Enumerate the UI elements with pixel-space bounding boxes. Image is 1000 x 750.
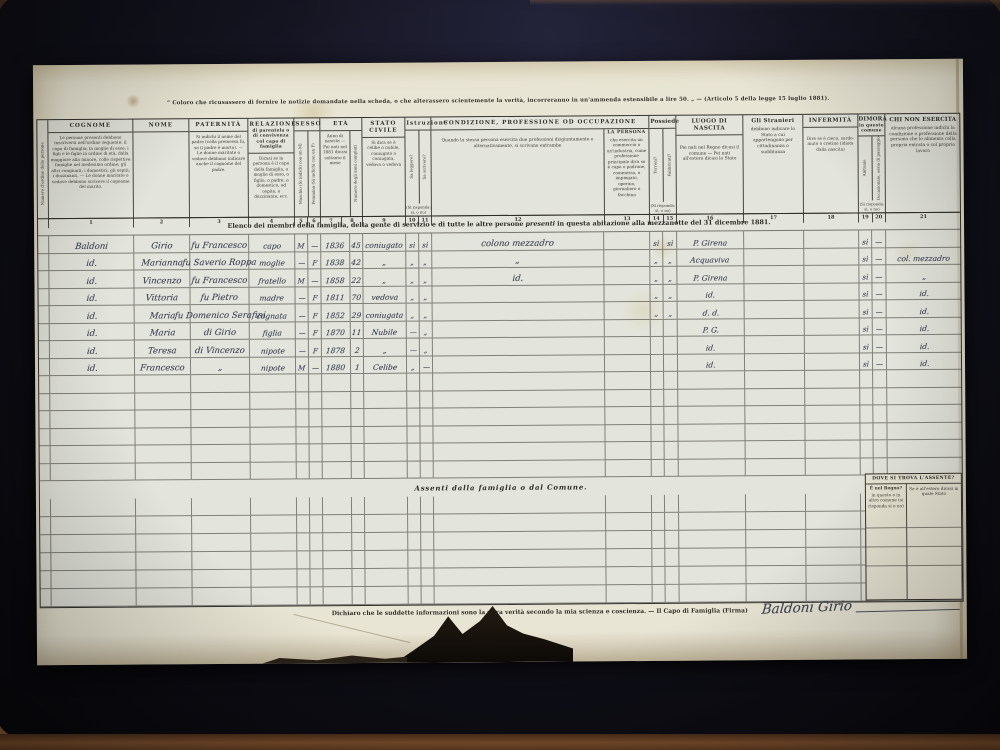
handwritten-entry: 2 xyxy=(354,345,360,354)
cell-paternita xyxy=(192,445,251,463)
cell-leg: „ xyxy=(407,304,420,322)
handwritten-entry: Maria xyxy=(149,311,176,321)
cell-scr xyxy=(420,426,433,444)
cell-f: F xyxy=(309,322,322,340)
cell-abit xyxy=(860,370,873,388)
cell-n xyxy=(39,411,50,429)
handwritten-entry: — xyxy=(875,290,883,298)
cell-cond xyxy=(433,407,605,426)
cell-fabb xyxy=(664,354,678,372)
handwritten-entry: vedova xyxy=(371,293,399,302)
cell-paternita xyxy=(191,410,250,428)
cell-n xyxy=(39,394,50,412)
paper-edge-tear xyxy=(262,653,407,664)
handwritten-entry: 1880 xyxy=(326,363,346,372)
cell-abit: sì xyxy=(859,283,872,301)
cell-inf xyxy=(806,565,861,583)
dimora-subtitle: in questo comune xyxy=(858,123,884,134)
census-table: Numero d'ordine delle persone COGNOME Le… xyxy=(36,113,963,608)
cell-f xyxy=(309,427,322,445)
col-header-stato-civile: STATO CIVILE Si dica se è celibe o nubil… xyxy=(362,118,406,226)
cell-relazione: capo xyxy=(249,234,295,252)
cell-luogo: id. xyxy=(678,336,745,354)
cell-n xyxy=(39,376,50,394)
cell-cognome xyxy=(51,553,136,572)
handwritten-entry: id. xyxy=(85,276,97,286)
cell-paternita xyxy=(192,570,251,588)
handwritten-entry: — xyxy=(875,325,883,333)
cell-cognome: id. xyxy=(49,271,134,289)
cell-chi xyxy=(886,230,961,248)
cell-anno xyxy=(323,444,352,462)
cell-persona xyxy=(604,232,650,250)
cell-occ xyxy=(873,370,887,388)
handwritten-entry: id. xyxy=(919,342,929,351)
cell-m: — xyxy=(296,304,309,322)
cell-anni xyxy=(351,426,364,444)
cell-stran xyxy=(745,371,805,389)
cell-anno xyxy=(322,427,351,445)
cell-scr: „ xyxy=(419,268,432,286)
handwritten-entry: „ xyxy=(424,346,428,354)
cell-nome xyxy=(136,552,192,570)
cell-leg xyxy=(408,461,421,479)
cell-fabb xyxy=(665,531,679,549)
handwritten-entry: 1811 xyxy=(326,293,346,302)
cell-inf xyxy=(805,335,860,353)
cell-occ: — xyxy=(873,353,887,371)
table-header: Numero d'ordine delle persone COGNOME Le… xyxy=(37,114,960,219)
handwritten-entry: Girio xyxy=(150,241,172,251)
cell-stato: coniugata xyxy=(364,304,407,322)
handwritten-entry: id. xyxy=(86,294,98,304)
cell-anni: 11 xyxy=(351,321,364,339)
handwritten-entry: sì xyxy=(862,325,869,333)
handwritten-entry: „ xyxy=(423,259,427,267)
cell-luogo: P. G. xyxy=(678,319,745,337)
handwritten-entry: capo xyxy=(262,241,281,250)
cell-stato: Celibe xyxy=(364,356,407,374)
cell-occ: — xyxy=(872,265,886,283)
cell-leg xyxy=(407,409,420,427)
handwritten-entry: sì xyxy=(862,308,869,316)
cell-luogo xyxy=(678,371,745,389)
handwritten-entry: Acquaviva xyxy=(690,255,730,264)
cell-luogo xyxy=(679,566,746,584)
handwritten-entry: „ xyxy=(654,274,658,282)
cell-m xyxy=(297,551,310,569)
cell-scr xyxy=(421,514,434,532)
handwritten-entry: fu Francesco xyxy=(191,240,248,250)
cell-chi xyxy=(887,422,962,440)
cell-persona xyxy=(605,407,651,425)
handwritten-entry: sì xyxy=(863,360,870,368)
cell-paternita xyxy=(192,498,251,516)
handwritten-entry: „ xyxy=(383,345,388,354)
cell-relazione: nipote xyxy=(250,357,296,375)
cell-stato: Nubile xyxy=(364,321,407,339)
cell-n xyxy=(38,236,49,254)
cell-nome: Girio xyxy=(134,235,190,253)
handwritten-entry: fu Saverio Roppa xyxy=(182,258,257,269)
handwritten-entry: Baldoni xyxy=(74,241,108,251)
cell-cond xyxy=(433,337,605,356)
cell-paternita: fu Saverio Roppa xyxy=(190,252,249,270)
cell-n xyxy=(40,553,51,571)
cell-anni xyxy=(352,497,365,515)
cell-cognome xyxy=(51,446,136,464)
cell-anno xyxy=(323,462,352,480)
cell-anni: 22 xyxy=(350,269,363,287)
handwritten-entry: — xyxy=(875,238,883,246)
cell-persona xyxy=(606,495,652,513)
cell-fabb: „ xyxy=(664,302,678,320)
cell-relazione xyxy=(252,587,298,605)
cell-inf xyxy=(805,423,860,441)
cell-stato xyxy=(364,374,407,392)
handwritten-entry: sì xyxy=(666,239,673,247)
handwritten-entry: Maria xyxy=(149,328,176,338)
handwritten-entry: „ xyxy=(423,294,427,302)
handwritten-entry: coniugato xyxy=(365,240,403,249)
cell-persona xyxy=(604,284,650,302)
cell-nome xyxy=(137,588,193,606)
handwritten-entry: figlia xyxy=(262,329,282,338)
cell-terr: „ xyxy=(650,284,663,302)
absent-location-box: DOVE SI TROVA L'ASSENTE? È nel Regno? in… xyxy=(865,473,963,601)
cell-chi xyxy=(887,370,962,388)
cell-anno: 1870 xyxy=(322,322,351,340)
cell-abit: sì xyxy=(859,265,872,283)
absent-box-title: DOVE SI TROVA L'ASSENTE? xyxy=(866,474,961,485)
cell-occ: — xyxy=(873,318,887,336)
handwritten-entry: — xyxy=(409,346,417,354)
cell-scr: „ xyxy=(420,321,433,339)
cell-n xyxy=(40,446,51,464)
cell-relazione xyxy=(251,533,297,551)
cell-anno xyxy=(323,551,352,569)
handwritten-entry: 1870 xyxy=(326,328,346,337)
cell-stato: vedova xyxy=(363,286,406,304)
cell-stran xyxy=(744,248,804,266)
handwritten-entry: — xyxy=(409,329,417,337)
cell-n xyxy=(40,499,51,517)
cell-cond xyxy=(433,425,605,444)
handwritten-entry: Marianna xyxy=(140,258,183,268)
absent-box-right-label: Se è all'estero dicasi in quale Stato xyxy=(907,484,961,528)
cell-leg xyxy=(407,391,420,409)
cell-m: — xyxy=(296,339,309,357)
cell-inf xyxy=(805,318,860,336)
cell-stran xyxy=(744,266,804,284)
cell-anni xyxy=(351,409,364,427)
cell-stato: „ xyxy=(364,339,407,357)
cell-abit: sì xyxy=(859,248,872,266)
absent-box-left-label: È nel Regno? in questo o in altro comune… xyxy=(866,484,906,528)
cell-paternita: fu Domenico Serafini xyxy=(191,305,250,323)
cell-f: F xyxy=(309,339,322,357)
cell-abit xyxy=(861,440,874,458)
cell-inf xyxy=(806,493,861,511)
cell-n xyxy=(38,289,49,307)
cell-cond xyxy=(434,549,606,568)
handwritten-entry: 29 xyxy=(351,310,361,319)
handwritten-entry: — xyxy=(876,360,884,368)
cell-nome: Francesco xyxy=(135,358,191,376)
col-header-condizione: CONDIZIONE, PROFESSIONE OD OCCUPAZIONE Q… xyxy=(431,116,650,225)
cell-scr xyxy=(420,408,433,426)
handwritten-entry: 1852 xyxy=(326,311,346,320)
cell-cognome: id. xyxy=(50,306,135,324)
handwritten-entry: „ xyxy=(668,274,672,282)
sesso-f-label: Femmina (Si indichi con un F) xyxy=(312,143,317,204)
cell-nome: Vittoria xyxy=(134,288,190,306)
handwritten-entry: sì xyxy=(862,273,869,281)
cell-f xyxy=(309,392,322,410)
cell-stato: coniugato xyxy=(363,234,406,252)
cell-paternita xyxy=(191,375,250,393)
cell-stato: „ xyxy=(363,269,406,287)
handwritten-entry: „ xyxy=(217,363,222,373)
cell-paternita xyxy=(191,392,250,410)
cell-cognome xyxy=(51,463,136,481)
cell-relazione xyxy=(251,515,297,533)
cell-fabb xyxy=(665,495,679,513)
cell-anni xyxy=(352,533,365,551)
handwritten-entry: P. Girena xyxy=(693,238,728,247)
cell-persona xyxy=(604,249,650,267)
cell-inf xyxy=(804,248,859,266)
photo-of-census-sheet: { "legal_note": "“ Coloro che ricusasser… xyxy=(0,0,1000,750)
cell-anno xyxy=(323,515,352,533)
cell-persona xyxy=(605,302,651,320)
cell-paternita: di Vincenzo xyxy=(191,340,250,358)
handwritten-entry: sì xyxy=(409,241,416,249)
cell-cond xyxy=(433,390,605,409)
cell-leg xyxy=(408,444,421,462)
cell-fabb xyxy=(665,567,679,585)
cell-relazione xyxy=(250,409,296,427)
cell-nome: Vincenzo xyxy=(134,270,190,288)
handwritten-entry: 1836 xyxy=(325,241,345,250)
cell-inf xyxy=(805,370,860,388)
cell-anni xyxy=(352,444,365,462)
handwritten-entry: Francesco xyxy=(140,363,186,373)
cell-nome xyxy=(135,375,191,393)
handwritten-entry: 1 xyxy=(354,363,360,372)
col-header-dimora: DIMORA in questo comune Abituale Occasio… xyxy=(858,114,886,222)
cell-terr xyxy=(651,424,664,442)
cell-stran xyxy=(745,301,805,319)
cell-persona xyxy=(605,319,651,337)
eta-anno-desc: Anno di nascita — Pei nati nel 1881 dica… xyxy=(320,131,350,216)
handwritten-entry: Teresa xyxy=(148,346,178,356)
terreni-label: Terreni? xyxy=(654,157,659,174)
handwritten-entry: „ xyxy=(423,311,427,319)
cell-leg: sì xyxy=(406,234,419,252)
handwritten-entry: — xyxy=(298,347,306,355)
handwritten-entry: coniugata xyxy=(365,310,403,319)
col-header-numero: Numero d'ordine delle persone xyxy=(37,120,49,228)
cell-scr xyxy=(420,391,433,409)
cell-occ: — xyxy=(872,283,886,301)
cell-fabb xyxy=(664,319,678,337)
cell-terr xyxy=(651,319,664,337)
handwritten-entry: „ xyxy=(668,309,672,317)
cell-stran xyxy=(745,353,805,371)
cell-paternita: „ xyxy=(191,357,250,375)
dimora-title: DIMORA xyxy=(858,116,887,122)
handwritten-entry: sì xyxy=(653,239,660,247)
cell-occ xyxy=(873,405,887,423)
cell-occ: — xyxy=(872,248,886,266)
sa-scrivere-label: Sa scrivere? xyxy=(423,154,428,179)
handwritten-entry: F xyxy=(312,294,318,302)
cell-f xyxy=(309,374,322,392)
cell-relazione: madre xyxy=(249,287,295,305)
cell-paternita: di Girio xyxy=(191,322,250,340)
cell-anno xyxy=(322,409,351,427)
handwritten-entry: P. Girena xyxy=(693,273,728,282)
cell-inf xyxy=(806,547,861,565)
handwritten-entry: F xyxy=(312,347,318,355)
elenco-emph: presenti xyxy=(525,220,555,228)
handwritten-entry: „ xyxy=(654,309,658,317)
cell-m xyxy=(296,427,309,445)
ruled-line xyxy=(907,528,961,547)
cell-anni xyxy=(351,374,364,392)
cell-leg xyxy=(408,515,421,533)
handwritten-entry: nipote xyxy=(260,364,285,373)
cell-stran xyxy=(746,494,806,512)
cell-leg xyxy=(407,374,420,392)
cell-m xyxy=(297,533,310,551)
cell-abit xyxy=(860,423,873,441)
cell-abit: sì xyxy=(860,335,873,353)
cell-cognome: Baldoni xyxy=(49,236,134,254)
cell-terr xyxy=(651,372,664,390)
cell-cond xyxy=(434,460,606,479)
cell-terr xyxy=(652,495,665,513)
numero-vertical-label: Numero d'ordine delle persone xyxy=(40,142,45,205)
handwritten-entry: 11 xyxy=(352,328,362,337)
cell-anno xyxy=(322,392,351,410)
cell-scr xyxy=(421,443,434,461)
cell-stran xyxy=(745,318,805,336)
absent-persons-rows xyxy=(40,493,963,607)
cell-cond xyxy=(434,495,606,514)
cell-n xyxy=(40,517,51,535)
cell-anno: 1852 xyxy=(322,304,351,322)
cell-leg xyxy=(408,551,421,569)
handwritten-entry: „ xyxy=(922,272,927,281)
cell-luogo xyxy=(678,424,745,442)
cell-nome: Teresa xyxy=(135,340,191,358)
cell-abit xyxy=(860,388,873,406)
cell-leg xyxy=(408,569,421,587)
handwritten-entry: fu Francesco xyxy=(191,275,248,285)
handwritten-entry: id. xyxy=(86,364,98,374)
col-header-relazione: RELAZIONE di parentela o di convivenza c… xyxy=(248,118,295,226)
handwritten-entry: Nubile xyxy=(372,328,398,337)
cell-abit: sì xyxy=(859,230,872,248)
cell-luogo xyxy=(679,548,746,566)
cell-anni xyxy=(352,515,365,533)
cell-relazione xyxy=(251,497,297,515)
cell-cond xyxy=(433,355,605,374)
handwritten-entry: F xyxy=(312,329,318,337)
cell-m xyxy=(296,374,309,392)
handwritten-entry: „ xyxy=(382,275,387,284)
cell-anni xyxy=(352,461,365,479)
cell-stato: „ xyxy=(363,251,406,269)
cell-nome xyxy=(136,570,192,588)
cell-m: — xyxy=(296,322,309,340)
elenco-post: in questa abitazione alla mezzanotte del… xyxy=(557,218,771,227)
handwritten-entry: madre xyxy=(259,294,284,303)
cell-relazione xyxy=(251,551,297,569)
cell-f xyxy=(310,515,323,533)
cell-terr: sì xyxy=(650,232,663,250)
handwritten-entry: di Girio xyxy=(203,328,236,338)
cell-cognome xyxy=(50,411,135,429)
cell-chi xyxy=(887,387,962,405)
cell-paternita xyxy=(192,516,251,534)
col-header-cognome: COGNOME Le persone presenti debbono insc… xyxy=(48,120,134,228)
declaration-line: Dichiaro che le suddette informazioni so… xyxy=(332,599,960,619)
col-header-paternita: PATERNITÀ Si indichi il nome del padre (… xyxy=(189,119,249,227)
cell-stato xyxy=(365,461,408,479)
cell-paternita xyxy=(192,462,251,480)
cell-m xyxy=(297,497,310,515)
cell-abit xyxy=(860,405,873,423)
cell-anni: 70 xyxy=(350,286,363,304)
cell-cognome xyxy=(51,517,136,536)
cell-terr xyxy=(651,407,664,425)
eta-anni-label: Numero degli anni compiuti xyxy=(354,145,359,202)
cell-anno xyxy=(322,374,351,392)
cell-f xyxy=(310,551,323,569)
handwritten-entry: Vittoria xyxy=(145,293,178,303)
cell-persona xyxy=(606,531,652,549)
wood-table-edge xyxy=(0,734,1000,750)
cell-chi: id. xyxy=(887,352,962,370)
cell-fabb xyxy=(665,459,679,477)
handwritten-entry: cognata xyxy=(257,311,288,320)
cell-stran xyxy=(746,548,806,566)
cell-cognome xyxy=(51,571,136,590)
col-header-stranieri: Gli Stranieri debbono indicare lo Stato … xyxy=(743,115,804,223)
abituale-label: Abituale xyxy=(863,160,868,177)
col-header-infermita: INFERMITÀ Dire se è cieco, sordo-muto o … xyxy=(803,114,859,222)
handwritten-entry: 1838 xyxy=(325,258,345,267)
cell-paternita xyxy=(193,588,252,606)
handwritten-entry: M xyxy=(297,242,305,250)
cell-m xyxy=(297,462,310,480)
cell-occ: — xyxy=(873,335,887,353)
handwritten-entry: 70 xyxy=(351,293,361,302)
cell-anno: 1838 xyxy=(321,252,350,270)
handwritten-entry: id. xyxy=(86,329,98,339)
cell-inf xyxy=(805,300,860,318)
cell-stato xyxy=(364,409,407,427)
cell-stato xyxy=(365,515,408,533)
cell-luogo: id. xyxy=(677,284,744,302)
cell-paternita: fu Francesco xyxy=(190,235,249,253)
cell-scr: „ xyxy=(420,338,433,356)
cell-nome xyxy=(136,534,192,552)
cell-f xyxy=(310,497,323,515)
